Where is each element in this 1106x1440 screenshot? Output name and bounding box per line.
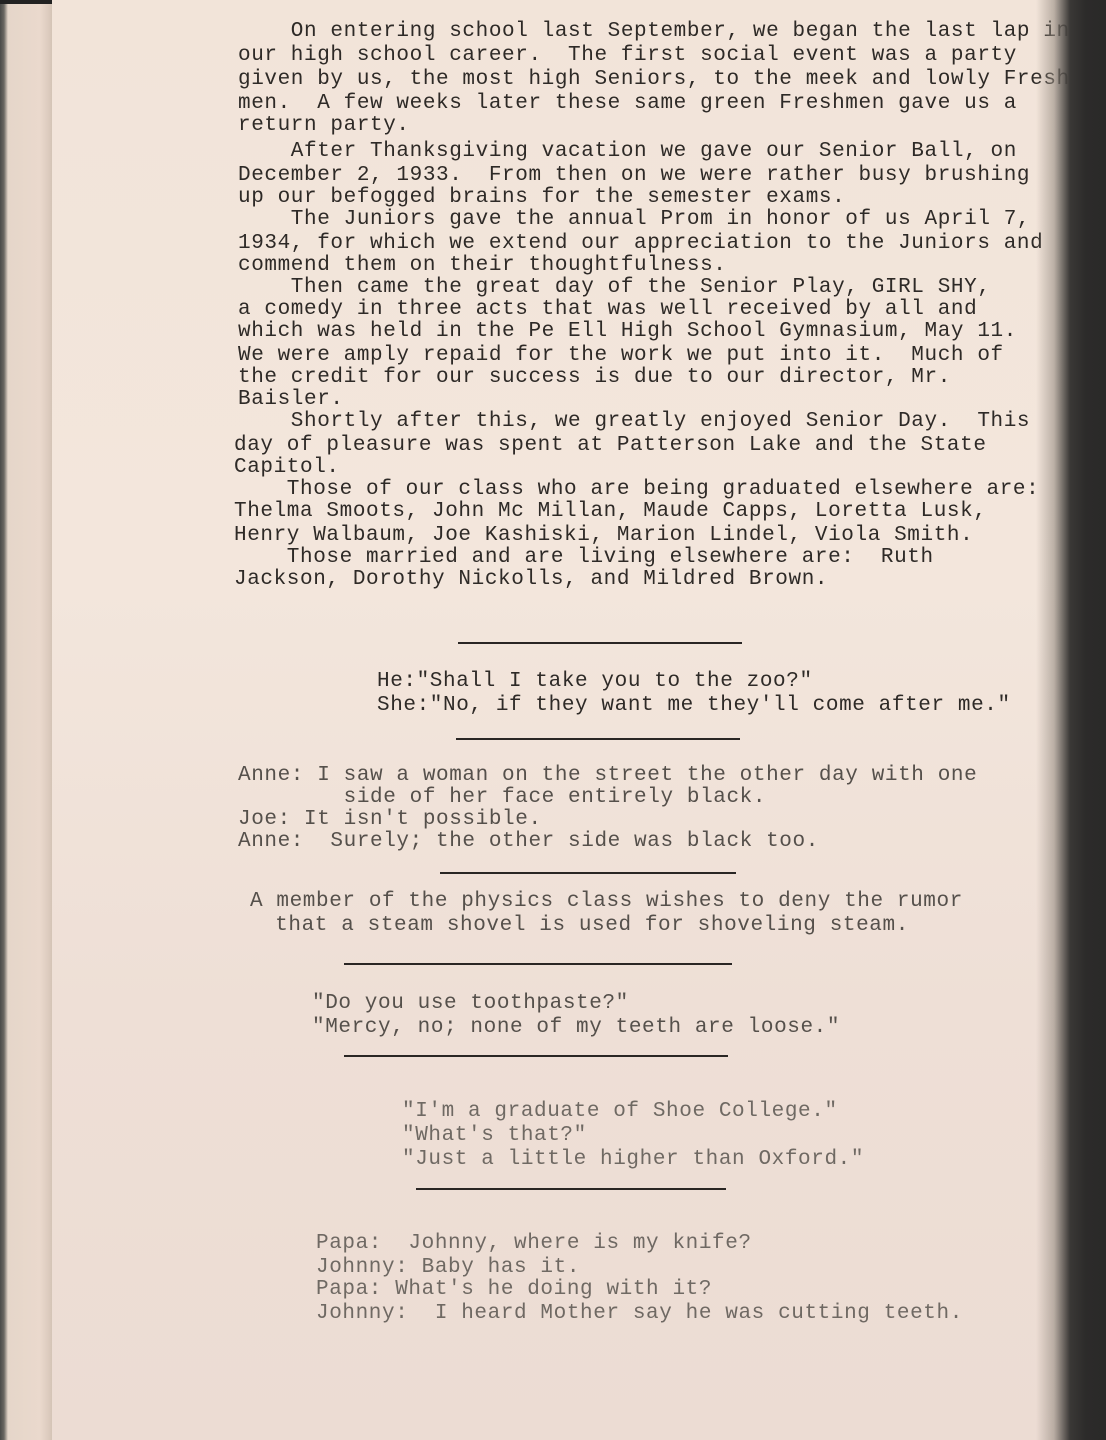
joke-line: Anne: I saw a woman on the street the ot…	[238, 764, 977, 788]
previous-page-edge	[0, 0, 52, 1440]
narrative-line: 1934, for which we extend our appreciati…	[238, 232, 1043, 256]
binding-top-edge	[0, 0, 52, 4]
joke-line: Papa: What's he doing with it?	[316, 1278, 712, 1302]
narrative-line: Henry Walbaum, Joe Kashiski, Marion Lind…	[234, 524, 973, 548]
joke-line: side of her face entirely black.	[238, 786, 766, 810]
narrative-line: Jackson, Dorothy Nickolls, and Mildred B…	[234, 568, 828, 592]
narrative-line: day of pleasure was spent at Patterson L…	[234, 434, 987, 458]
binding-shadow	[1036, 0, 1106, 1440]
narrative-line: our high school career. The first social…	[238, 44, 1017, 68]
joke-line: Johnny: Baby has it.	[316, 1256, 580, 1280]
narrative-line: a comedy in three acts that was well rec…	[238, 298, 977, 322]
narrative-line: On entering school last September, we be…	[238, 20, 1070, 44]
joke-line: "Do you use toothpaste?"	[312, 992, 629, 1016]
separator-rule	[344, 1055, 728, 1057]
joke-line: She:"No, if they want me they'll come af…	[377, 694, 1011, 718]
narrative-line: given by us, the most high Seniors, to t…	[238, 68, 1083, 92]
joke-line: Anne: Surely; the other side was black t…	[238, 830, 819, 854]
narrative-line: We were amply repaid for the work we put…	[238, 344, 1004, 368]
narrative-line: Then came the great day of the Senior Pl…	[238, 276, 991, 300]
narrative-line: The Juniors gave the annual Prom in hono…	[238, 208, 1030, 232]
separator-rule	[344, 963, 732, 965]
joke-line: "What's that?"	[402, 1124, 587, 1148]
narrative-line: Capitol.	[234, 456, 340, 480]
joke-line: Johnny: I heard Mother say he was cuttin…	[316, 1302, 963, 1326]
narrative-line: which was held in the Pe Ell High School…	[238, 320, 1017, 344]
narrative-line: return party.	[238, 114, 410, 138]
joke-line: "I'm a graduate of Shoe College."	[402, 1100, 838, 1124]
separator-rule	[458, 642, 742, 644]
narrative-line: Baisler.	[238, 388, 344, 412]
joke-line: "Mercy, no; none of my teeth are loose."	[312, 1016, 840, 1040]
narrative-line: commend them on their thoughtfulness.	[238, 254, 726, 278]
joke-line: He:"Shall I take you to the zoo?"	[377, 670, 813, 694]
joke-line: Papa: Johnny, where is my knife?	[316, 1232, 752, 1256]
narrative-line: the credit for our success is due to our…	[238, 366, 951, 390]
separator-rule	[456, 738, 740, 740]
narrative-line: Those married and are living elsewhere a…	[234, 546, 934, 570]
separator-rule	[440, 872, 736, 874]
joke-line: "Just a little higher than Oxford."	[402, 1148, 864, 1172]
narrative-line: December 2, 1933. From then on we were r…	[238, 164, 1030, 188]
narrative-line: Those of our class who are being graduat…	[234, 478, 1039, 502]
narrative-line: Shortly after this, we greatly enjoyed S…	[238, 410, 1030, 434]
narrative-line: Thelma Smoots, John Mc Millan, Maude Cap…	[234, 500, 987, 524]
joke-line: Joe: It isn't possible.	[238, 808, 542, 832]
narrative-line: up our befogged brains for the semester …	[238, 186, 845, 210]
joke-line: A member of the physics class wishes to …	[250, 890, 963, 914]
narrative-line: men. A few weeks later these same green …	[238, 92, 1017, 116]
separator-rule	[416, 1188, 726, 1190]
joke-line: that a steam shovel is used for shovelin…	[262, 914, 909, 938]
narrative-line: After Thanksgiving vacation we gave our …	[238, 140, 1017, 164]
